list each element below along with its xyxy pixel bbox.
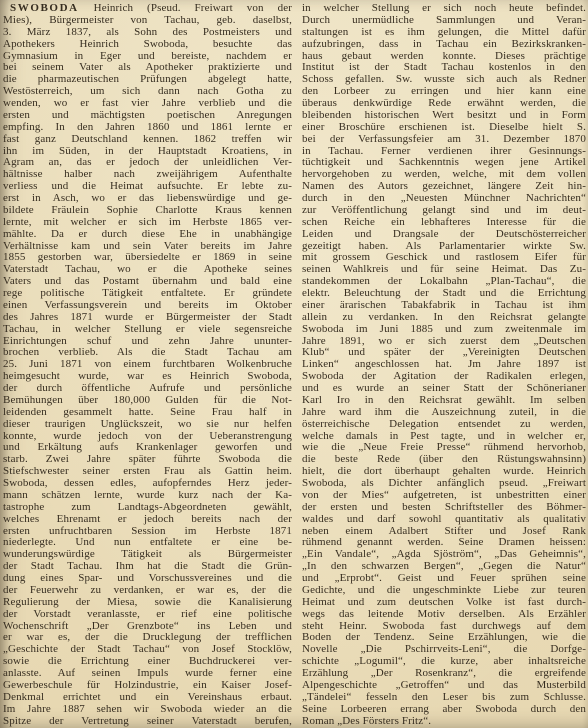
text-line: wegs das leitende Motiv derselben. Als E… bbox=[302, 609, 586, 621]
text-line: Jahre ward ihm die Auszeichnung zuteil, … bbox=[302, 407, 586, 419]
scanned-page: SWOBODA Heinrich (Pseud. Freiwart von de… bbox=[0, 0, 588, 728]
text-line: ersten und mächtigsten poetischen Anregu… bbox=[3, 110, 292, 122]
text-line: der durch öffentliche Aufrufe und persön… bbox=[3, 383, 292, 395]
text-line: der Stadt Tachau. Ihm hat die Stadt die … bbox=[3, 561, 292, 573]
text-line: Denkmal errichtet und ein Vereinshaus er… bbox=[3, 692, 292, 704]
text-line: und „Erprobt“. Geist und Feuer sprühen s… bbox=[302, 573, 586, 585]
text-line: Institut ist der Stadt Tachau kostenlos … bbox=[302, 62, 586, 74]
text-line: heimgesucht wurde, war es Heinrich Swobo… bbox=[3, 371, 292, 383]
text-line: niederlegte. Und nun entfaltete er eine … bbox=[3, 537, 292, 549]
text-line: 25. Juni 1871 von einem furchtbaren Wolk… bbox=[3, 359, 292, 371]
text-line: Gewerbeschule für Holzindustrie, ein Kai… bbox=[3, 680, 292, 692]
text-line: bei der Verfassungsfeier am 31. Dezember… bbox=[302, 134, 586, 146]
text-line: haus gebaut werden konnte. Dieses prächt… bbox=[302, 51, 586, 63]
text-line: ihn im Süden, in der Hauptstadt Kroatien… bbox=[3, 146, 292, 158]
text-line: wenden, wo er fast vier Jahre verblieb u… bbox=[3, 98, 292, 110]
text-line: Swoboda, als Dichter anfänglich pseud. „… bbox=[302, 478, 586, 490]
text-line: anlasste. Auf seinen Impuls wurde ferner… bbox=[3, 668, 292, 680]
text-line: und es wurde an seiner Statt der Schöner… bbox=[302, 383, 586, 395]
text-line: Heimat und zum deutschen Volke ist fast … bbox=[302, 597, 586, 609]
text-line: dieser traurigen Unglückszeit, wo sie nu… bbox=[3, 419, 292, 431]
entry-headword: SWOBODA bbox=[10, 3, 79, 14]
text-line: Einrichtungen schuf und zehn Jahre ununt… bbox=[3, 336, 292, 348]
text-line: „Ein Vandale“, „Agda Sjöström“, „Das Geh… bbox=[302, 549, 586, 561]
text-line: überaus denkwürdige Rede erwähnt werden,… bbox=[302, 98, 586, 110]
text-line: hältnisse halber nach zweijährigem Aufen… bbox=[3, 169, 292, 181]
text-line: er war es, der die Drucklegung der treff… bbox=[3, 632, 292, 644]
column-gutter bbox=[292, 3, 302, 728]
text-line: staltungen ist es ihm gelungen, die Mitt… bbox=[302, 27, 586, 39]
text-line: einen Verfassungsverein und bereits im O… bbox=[3, 300, 292, 312]
text-line: waldes und darf sowohl quantitativ als q… bbox=[302, 514, 586, 526]
text-line: welche damals in Pest tagte, und in welc… bbox=[302, 431, 586, 443]
text-line: und Erkältung aufs Krankenlager geworfen… bbox=[3, 442, 292, 454]
text-line: bei seinem Vater als Apotheker praktizie… bbox=[3, 62, 292, 74]
text-line: Alpengeschichte „Getroffen“ und das Must… bbox=[302, 680, 586, 692]
text-line: Roman „Des Försters Fritz“. bbox=[302, 716, 586, 728]
text-line: zur Veröffentlichung gelangt sind und im… bbox=[302, 205, 586, 217]
text-line: Karl Iro in den Reichsrat gewählt. Im se… bbox=[302, 395, 586, 407]
text-line: bildete Fräulein Sophie Charlotte Kraus … bbox=[3, 205, 292, 217]
text-line: mählte. Da er durch diese Ehe in unabhän… bbox=[3, 229, 292, 241]
text-line: „Geschichte der Stadt Tachau“ von Josef … bbox=[3, 644, 292, 656]
text-line: Linken“ angeschlossen hat. Jm Jahre 1897… bbox=[302, 359, 586, 371]
text-line: des Jahres 1871 wurde er Bürgermeister d… bbox=[3, 312, 292, 324]
text-line: rühmend genannt werden. Seine Dramen hei… bbox=[302, 537, 586, 549]
text-line: lernte, mit welcher er sich im Herbste 1… bbox=[3, 217, 292, 229]
text-line: Durch unermüdliche Sammlungen und Veran- bbox=[302, 15, 586, 27]
text-line: welches Ehrenamt er jedoch bereits nach … bbox=[3, 514, 292, 526]
text-line: Regulierung der Miesa, sowie die Kanalis… bbox=[3, 597, 292, 609]
text-line: verliess und die Heimat aufsuchte. Er le… bbox=[3, 181, 292, 193]
text-line: schen Reiche ein lebhafteres Interesse f… bbox=[302, 217, 586, 229]
text-line: Swoboda der Agitation der Radikalen erle… bbox=[302, 371, 586, 383]
text-line: durch in den „Neuesten Münchner Nachrich… bbox=[302, 193, 586, 205]
text-line: Gedichte, und die ungeschminkte Liebe zu… bbox=[302, 585, 586, 597]
text-line: erst in Asch, wo er das liebenswürdige u… bbox=[3, 193, 292, 205]
text-line: die pharmazeutischen Prüfungen abgelegt … bbox=[3, 74, 292, 86]
text-line: starb. Zwei Jahre später führte Swoboda … bbox=[3, 454, 292, 466]
text-line: bleibenden historischen Wert besitzt und… bbox=[302, 110, 586, 122]
text-line: ersten unfruchtbaren Session im Herbste … bbox=[3, 526, 292, 538]
text-line: die beste Rede (über den Rüstungswahnsin… bbox=[302, 454, 586, 466]
text-line: „Tändelei“ fesseln den Leser bis zum Sch… bbox=[302, 692, 586, 704]
text-line: seinen Wahlkreis und für seine Heimat. D… bbox=[302, 264, 586, 276]
text-line: dung eines Spar- und Vorschussvereines u… bbox=[3, 573, 292, 585]
text-line: elektr. Beleuchtung der Stadt und die Er… bbox=[302, 288, 586, 300]
text-line: mit grossem Geschick und rastlosem Eifer… bbox=[302, 252, 586, 264]
text-line: SWOBODA Heinrich (Pseud. Freiwart von de… bbox=[3, 3, 292, 15]
text-line: Swoboda, dessen edles, aufopferndes Herz… bbox=[3, 478, 292, 490]
text-line: wie die „Neue Freie Presse“ rühmend herv… bbox=[302, 442, 586, 454]
text-line: Swoboda im Juni 1885 und zum zweitenmale… bbox=[302, 324, 586, 336]
text-line: den Lorbeer zu erringen und hier kann ei… bbox=[302, 86, 586, 98]
text-line: Wochenschrift „Der Grenzbote“ ins Leben … bbox=[3, 621, 292, 633]
text-line: einer ärarischen Tabakfabrik in Tachau i… bbox=[302, 300, 586, 312]
text-line: von der Mies“ aufgetreten, ist unbestrit… bbox=[302, 490, 586, 502]
text-line: Gymnasium in Eger und bereiste, nachdem … bbox=[3, 51, 292, 63]
text-line: gezeitigt haben. Als Parlamentarier wirk… bbox=[302, 241, 586, 253]
text-line: standekommen der Lokalbahn „Plan-Tachau“… bbox=[302, 276, 586, 288]
text-line: Tachau, in welcher Stellung er viele seg… bbox=[3, 324, 292, 336]
text-line: Mies), Bürgermeister von Tachau, geb. da… bbox=[3, 15, 292, 27]
text-line: Erzählung „Der Rosenkranz“, die ergreife… bbox=[302, 668, 586, 680]
text-line: Namen des Autors gezeichnet, längere Zei… bbox=[302, 181, 586, 193]
text-line: Agram an, das er jedoch der unleidlichen… bbox=[3, 157, 292, 169]
text-line: „In den schwarzen Bergen“, „Gegen die Na… bbox=[302, 561, 586, 573]
text-line: tüchtigkeit und Sachkenntnis wegen jene … bbox=[302, 157, 586, 169]
text-line: tastrophe zum Landtags-Abgeordneten gewä… bbox=[3, 502, 292, 514]
text-line: Schoss gefallen. Sw. wusste sich auch al… bbox=[302, 74, 586, 86]
text-line: in welcher Stellung er sich noch heute b… bbox=[302, 3, 586, 15]
text-line: leidenden gesammelt hatte. Seine Frau ha… bbox=[3, 407, 292, 419]
text-line: Westösterreich, um sich dann nach Gotha … bbox=[3, 86, 292, 98]
text-line: mann schätzen lernte, wurde kurz nach de… bbox=[3, 490, 292, 502]
text-line: Seine Lorbeeren errang aber Swoboda durc… bbox=[302, 704, 586, 716]
text-line: hielt, die dort überhaupt gehalten wurde… bbox=[302, 466, 586, 478]
text-line: Verhältnisse kam und sein Vater bereits … bbox=[3, 241, 292, 253]
text-line: Im Jahre 1887 sehen wir Swoboda wieder a… bbox=[3, 704, 292, 716]
text-line: 1855 gestorben war, übersiedelte er 1869… bbox=[3, 252, 292, 264]
text-line: Bemühungen über 180,000 Gulden für die N… bbox=[3, 395, 292, 407]
text-line: Klub“ und später der „Vereinigten Deutsc… bbox=[302, 347, 586, 359]
text-line: steht Heinr. Swoboda fast durchwegs auf … bbox=[302, 621, 586, 633]
text-line: hervorgehoben zu werden, welche, mit dem… bbox=[302, 169, 586, 181]
text-line: der Vorstadt veranlasste, er rief eine p… bbox=[3, 609, 292, 621]
text-line: Jahre 1891, wo er sich zuerst dem „Deuts… bbox=[302, 336, 586, 348]
text-line: neben einem Adalbert Stifter und Josef R… bbox=[302, 526, 586, 538]
text-line: Spitze der Vertretung seiner Vaterstadt … bbox=[3, 716, 292, 728]
text-line: Vaterstadt Tachau, wo er die Apotheke se… bbox=[3, 264, 292, 276]
text-line: sowie die Errichtung einer Buchdruckerei… bbox=[3, 656, 292, 668]
text-column-right: in welcher Stellung er sich noch heute b… bbox=[302, 3, 586, 728]
text-line: der Feuerwehr zu verdanken, er war es, d… bbox=[3, 585, 292, 597]
text-line: brochen verblieb. Als die Stadt Tachau a… bbox=[3, 347, 292, 359]
text-line: rege politische Tätigkeit entfaltete. Er… bbox=[3, 288, 292, 300]
text-line: allein zu verdanken. In den Reichsrat ge… bbox=[302, 312, 586, 324]
text-line: Boden der Tendenz. Seine Erzählungen, wi… bbox=[302, 632, 586, 644]
text-line: Apothekers Heinrich Swoboda, besuchte da… bbox=[3, 39, 292, 51]
text-column-left: SWOBODA Heinrich (Pseud. Freiwart von de… bbox=[3, 3, 292, 728]
text-line: Vaters und das Postamt übernahm und bald… bbox=[3, 276, 292, 288]
text-line: Novelle „Die Pschirrveits-Leni“, die Dor… bbox=[302, 644, 586, 656]
text-line: Leiden und Drangsale der Deutschösterrei… bbox=[302, 229, 586, 241]
text-line: wunderungswürdige Tätigkeit als Bürgerme… bbox=[3, 549, 292, 561]
text-line: österreichische Delegation entsendet zu … bbox=[302, 419, 586, 431]
text-line: konnte, wurde jedoch von der Ueberanstre… bbox=[3, 431, 292, 443]
text-line: der ersten und besten Schriftsteller des… bbox=[302, 502, 586, 514]
text-line: in Tachau. Ferner verdienen ihrer Gesinn… bbox=[302, 146, 586, 158]
text-line: schichte „Logumil“, die kurze, aber inha… bbox=[302, 656, 586, 668]
text-line: Stiefschwester seiner ersten Frau als Ga… bbox=[3, 466, 292, 478]
text-line: empfing. In den Jahren 1860 und 1861 ler… bbox=[3, 122, 292, 134]
text-line: aufzubringen, dass in Tachau ein Bezirks… bbox=[302, 39, 586, 51]
text-line: einer Broschüre erschienen ist. Dieselbe… bbox=[302, 122, 586, 134]
text-line: 3. März 1837, als Sohn des Postmeisters … bbox=[3, 27, 292, 39]
text-line: fast ganz Deutschland kennen. 1862 treff… bbox=[3, 134, 292, 146]
